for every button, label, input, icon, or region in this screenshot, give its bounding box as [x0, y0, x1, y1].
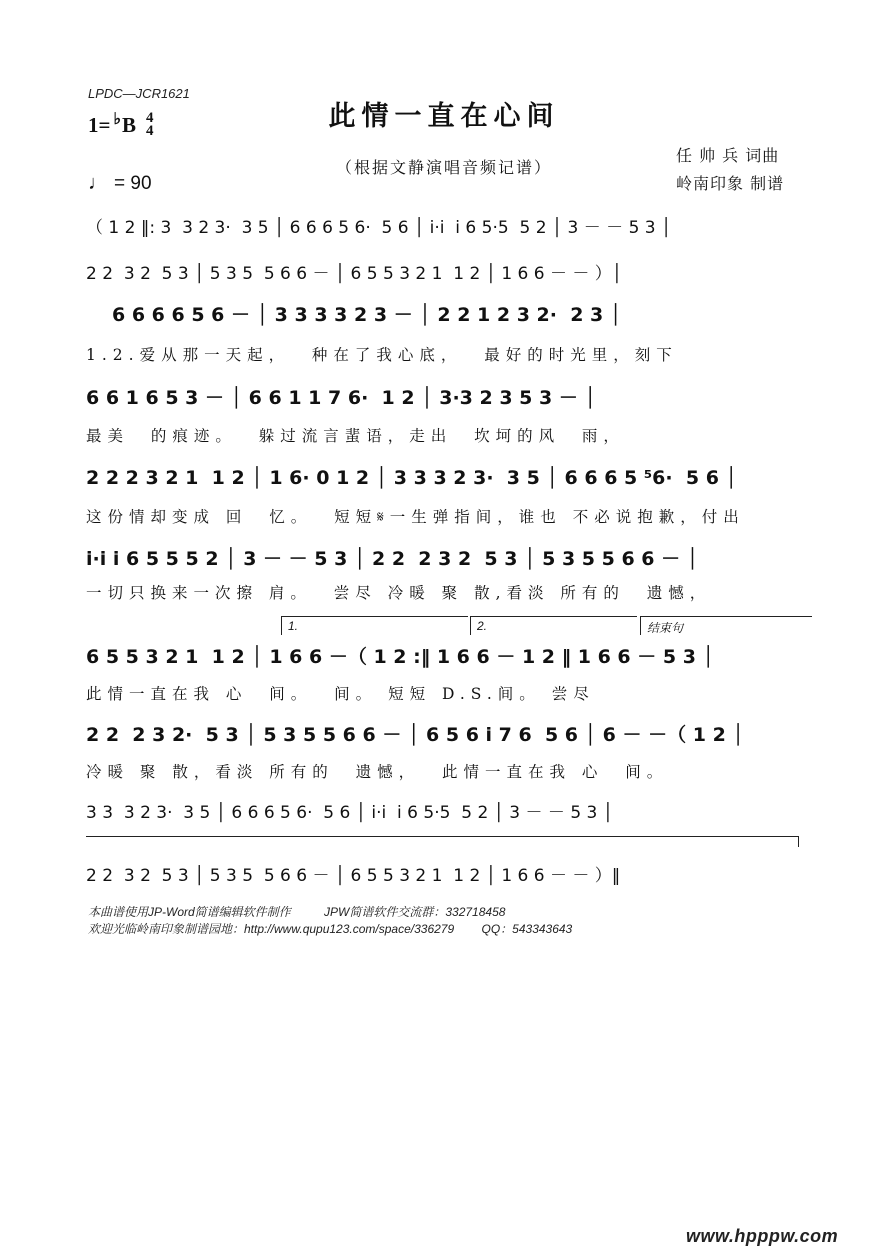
notes: 6 6 1 6 5 3 － │ 6 6 1 1 7 6· 1 2 │ 3·3 2… [86, 383, 596, 410]
notes: 6 5 5 3 2 1 1 2 │ 1 6 6 －（ 1 2 :‖ 1 6 6 … [86, 642, 714, 669]
lyric-line: 最美 的痕迹。 躲过流言蜚语，走出 坎坷的风 雨， [86, 424, 808, 446]
score-row: （ 1 2 ‖: 3 3 2 3· 3 5 │ 6 6 6 5 6· 5 6 │… [86, 210, 808, 240]
footer-qq: QQ：543343643 [482, 921, 573, 938]
footer-info: 本曲谱使用JP-Word简谱编辑软件制作 JPW简谱软件交流群：33271845… [88, 904, 572, 938]
lyric-line: 此情一直在我 心 间。 间。 短短 D.S.间。 尝尽 [86, 682, 808, 704]
lyric-line: 这份情却变成 回 忆。 短短𝄋一生弹指间，谁也 不必说抱歉，付出 [86, 505, 808, 527]
lyric-line: 1.2.爱从那一天起， 种在了我心底， 最好的时光里，刻下 [86, 343, 808, 365]
volta-1-bracket: 1. [281, 616, 468, 635]
notes: 3 3 3 2 3· 3 5 │ 6 6 6 5 6· 5 6 │ i·i i … [86, 798, 613, 823]
score-row: 2 2 3 2 5 3 │ 5 3 5 5 6 6 － │ 6 5 5 3 2 … [86, 256, 808, 286]
volta-1-label: 1. [288, 619, 298, 633]
volta-2-label: 2. [477, 619, 487, 633]
score-row: 2 2 2 3 2· 5 3 │ 5 3 5 5 6 6 － │ 6 5 6 i… [86, 718, 808, 748]
score-row: i·i i 6 5 5 5 2 │ 3 － － 5 3 │ 2 2 2 3 2 … [86, 542, 808, 572]
notes: i·i i 6 5 5 5 2 │ 3 － － 5 3 │ 2 2 2 3 2 … [86, 544, 698, 571]
notes: （ 1 2 ‖: 3 3 2 3· 3 5 │ 6 6 6 5 6· 5 6 │… [86, 213, 671, 238]
footer-software: 本曲谱使用JP-Word简谱编辑软件制作 [88, 904, 291, 921]
score-row: 6 6 1 6 5 3 － │ 6 6 1 1 7 6· 1 2 │ 3·3 2… [86, 381, 808, 411]
score-row: 2 2 3 2 5 3 │ 5 3 5 5 6 6 － │ 6 5 5 3 2 … [86, 858, 808, 888]
lyric-line: 冷暖 聚 散，看淡 所有的 遗憾， 此情一直在我 心 间。 [86, 760, 808, 782]
score-row: 2 2 2 3 2 1 1 2 │ 1 6· 0 1 2 │ 3 3 3 2 3… [86, 463, 808, 493]
footer-group: JPW简谱软件交流群：332718458 [324, 904, 505, 921]
lyric-line: 一切只换来一次擦 肩。 尝尽 冷暖 聚 散,看淡 所有的 遗憾， [86, 581, 808, 603]
intro-bracket [86, 836, 799, 847]
credit-lyrics-music: 任 帅 兵 词曲 [676, 142, 784, 170]
ending-bracket: 结束句 [640, 616, 812, 635]
credit-transcriber: 岭南印象 制谱 [676, 170, 784, 198]
site-watermark: www.hpppw.com [686, 1226, 838, 1247]
ending-label: 结束句 [647, 621, 683, 635]
notes: 6 6 6 6 5 6 － │ 3 3 3 3 2 3 － │ 2 2 1 2 … [112, 300, 621, 327]
score-row: 6 6 6 6 5 6 － │ 3 3 3 3 2 3 － │ 2 2 1 2 … [112, 298, 834, 328]
notes: 2 2 2 3 2· 5 3 │ 5 3 5 5 6 6 － │ 6 5 6 i… [86, 720, 744, 747]
score-row: 6 5 5 3 2 1 1 2 │ 1 6 6 －（ 1 2 :‖ 1 6 6 … [86, 640, 808, 670]
footer-website: 欢迎光临岭南印象制谱园地：http://www.qupu123.com/spac… [88, 921, 454, 938]
notes: 2 2 2 3 2 1 1 2 │ 1 6· 0 1 2 │ 3 3 3 2 3… [86, 467, 737, 489]
score-row: 3 3 3 2 3· 3 5 │ 6 6 6 5 6· 5 6 │ i·i i … [86, 795, 808, 825]
notes: 2 2 3 2 5 3 │ 5 3 5 5 6 6 － │ 6 5 5 3 2 … [86, 861, 620, 886]
credits: 任 帅 兵 词曲 岭南印象 制谱 [676, 142, 784, 198]
volta-2-bracket: 2. [470, 616, 637, 635]
notes: 2 2 3 2 5 3 │ 5 3 5 5 6 6 － │ 6 5 5 3 2 … [86, 259, 622, 284]
page-title: 此情一直在心间 [0, 94, 888, 133]
